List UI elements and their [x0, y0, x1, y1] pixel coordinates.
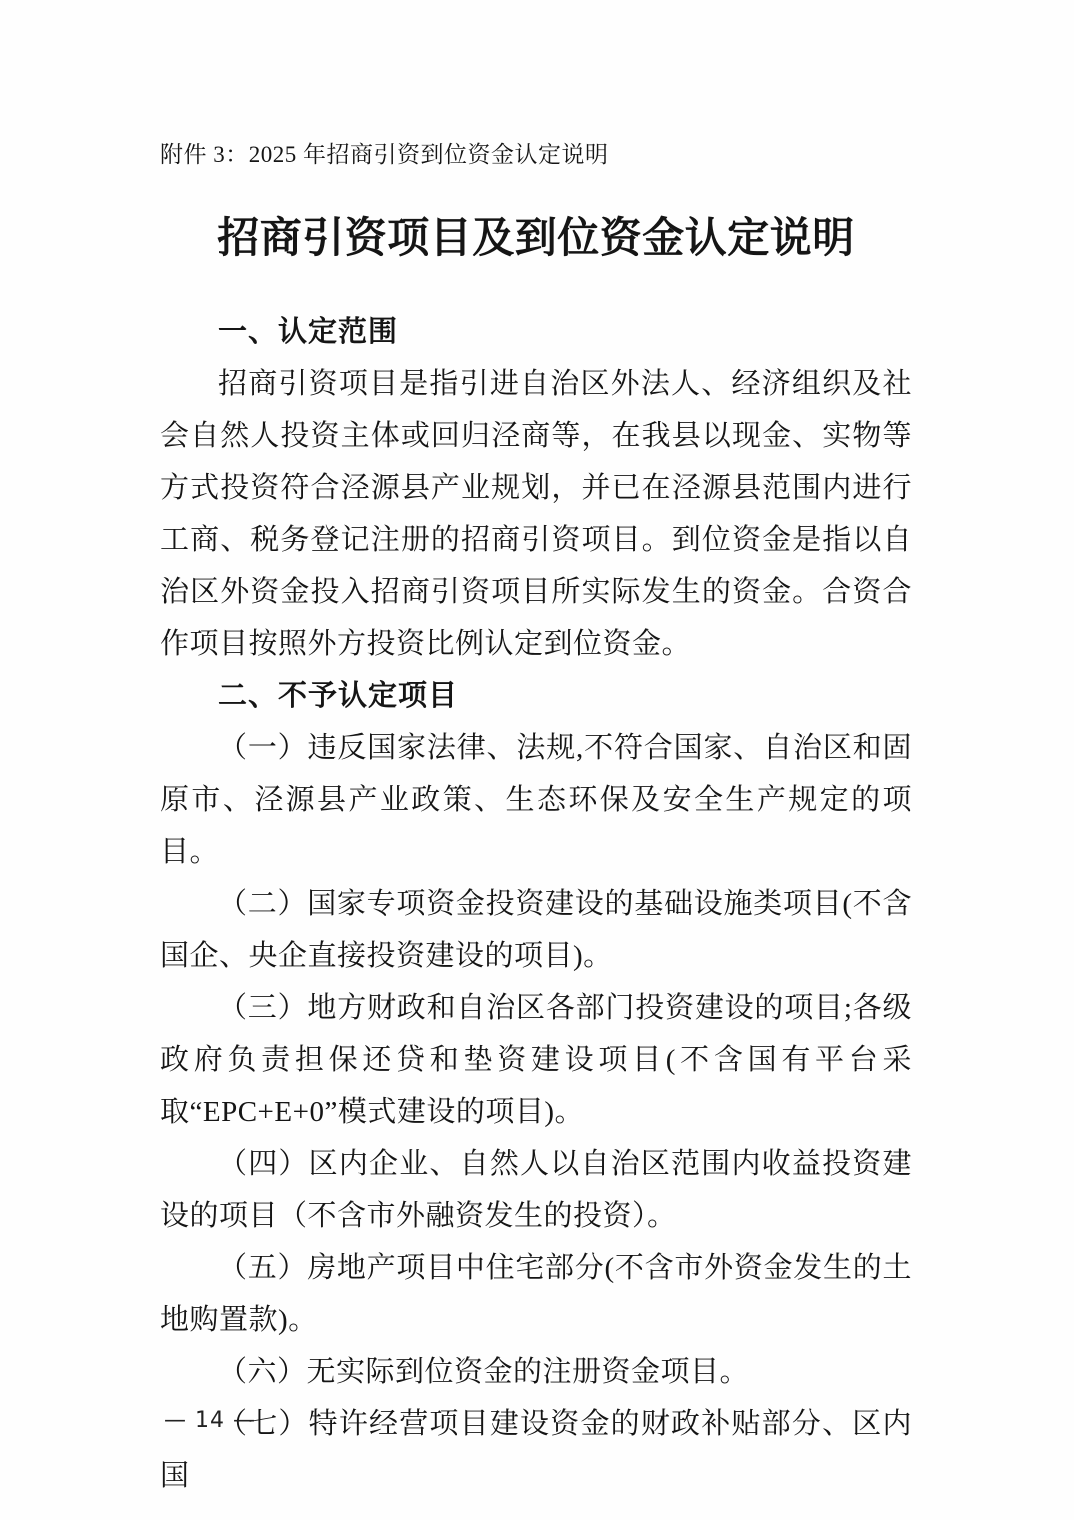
section-recognition-scope: 一、认定范围 招商引资项目是指引进自治区外法人、经济组织及社会自然人投资主体或回…: [160, 306, 912, 670]
section-2-heading: 二、不予认定项目: [160, 670, 912, 722]
page-number: — 14 —: [164, 1408, 256, 1434]
document-content: 附件 3：2025 年招商引资到位资金认定说明 招商引资项目及到位资金认定说明 …: [160, 140, 912, 1502]
excluded-item-6: （六）无实际到位资金的注册资金项目。: [160, 1346, 912, 1398]
attachment-note: 附件 3：2025 年招商引资到位资金认定说明: [160, 140, 912, 170]
document-page: 附件 3：2025 年招商引资到位资金认定说明 招商引资项目及到位资金认定说明 …: [0, 0, 1074, 1520]
excluded-item-7: （七）特许经营项目建设资金的财政补贴部分、区内国: [160, 1398, 912, 1502]
excluded-item-4: （四）区内企业、自然人以自治区范围内收益投资建设的项目（不含市外融资发生的投资）…: [160, 1138, 912, 1242]
section-1-paragraph: 招商引资项目是指引进自治区外法人、经济组织及社会自然人投资主体或回归泾商等，在我…: [160, 358, 912, 670]
excluded-item-1: （一）违反国家法律、法规,不符合国家、自治区和固原市、泾源县产业政策、生态环保及…: [160, 722, 912, 878]
section-1-heading: 一、认定范围: [160, 306, 912, 358]
excluded-item-2: （二）国家专项资金投资建设的基础设施类项目(不含国企、央企直接投资建设的项目)。: [160, 878, 912, 982]
excluded-item-5: （五）房地产项目中住宅部分(不含市外资金发生的土地购置款)。: [160, 1242, 912, 1346]
excluded-item-3: （三）地方财政和自治区各部门投资建设的项目;各级政府负责担保还贷和垫资建设项目(…: [160, 982, 912, 1138]
section-excluded-projects: 二、不予认定项目 （一）违反国家法律、法规,不符合国家、自治区和固原市、泾源县产…: [160, 670, 912, 1502]
document-title: 招商引资项目及到位资金认定说明: [160, 214, 912, 264]
